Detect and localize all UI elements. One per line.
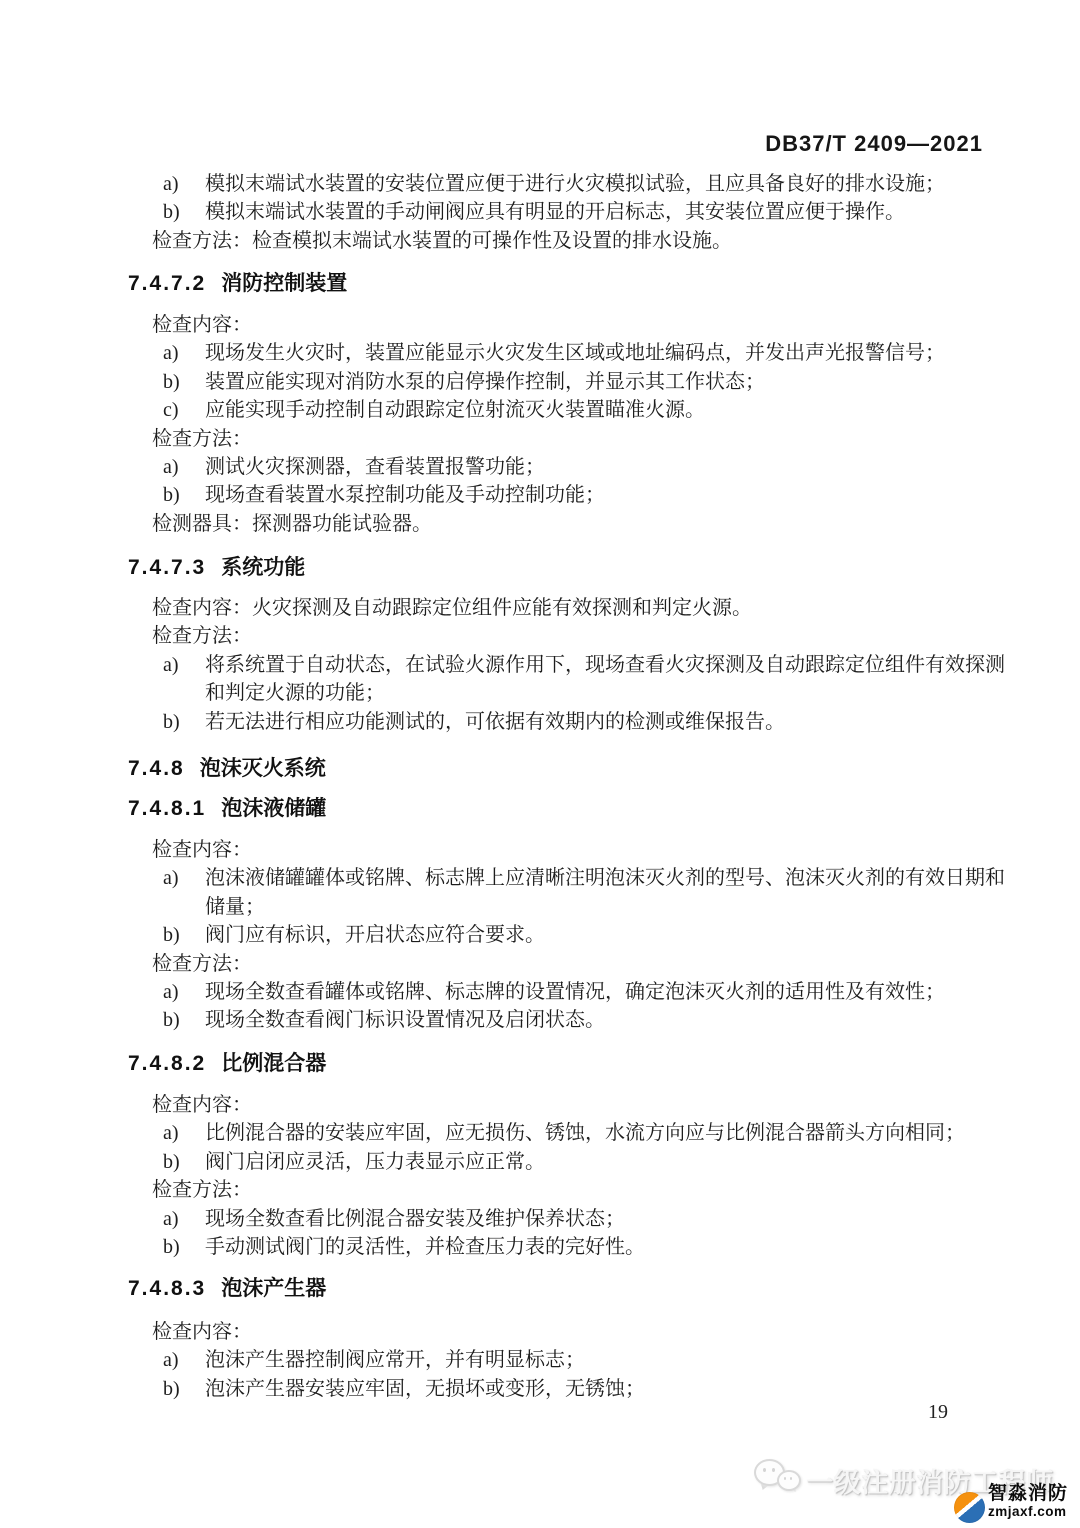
list-text: 阀门启闭应灵活，压力表显示应正常。	[205, 1151, 545, 1173]
section-title: 泡沫液储罐	[221, 797, 326, 820]
list-label: a)	[163, 453, 179, 481]
section-number: 7.4.7.3	[128, 556, 206, 579]
list-text: 模拟末端试水装置的安装位置应便于进行火灾模拟试验，且应具备良好的排水设施；	[205, 173, 945, 195]
section-heading: 7.4.8.1泡沫液储罐	[128, 794, 326, 824]
section-body: 检查内容： a) 泡沫产生器控制阀应常开，并有明显标志； b) 泡沫产生器安装应…	[0, 1318, 1080, 1403]
section-heading: 7.4.7.2消防控制装置	[128, 269, 347, 299]
method-label: 检查方法：	[0, 1176, 1080, 1204]
list-item: b) 现场查看装置水泵控制功能及手动控制功能；	[0, 481, 1080, 509]
wechat-icon	[754, 1459, 802, 1499]
list-label: b)	[163, 368, 180, 396]
list-item: a) 现场全数查看比例混合器安装及维护保养状态；	[0, 1205, 1080, 1233]
section-title: 泡沫灭火系统	[200, 757, 326, 780]
section-number: 7.4.8.3	[128, 1277, 206, 1300]
list-item: b) 手动测试阀门的灵活性，并检查压力表的完好性。	[0, 1233, 1080, 1261]
doc-code: DB37/T 2409—2021	[765, 131, 983, 157]
list-text: 应能实现手动控制自动跟踪定位射流灭火装置瞄准火源。	[205, 399, 705, 421]
list-text: 现场全数查看比例混合器安装及维护保养状态；	[205, 1208, 625, 1230]
section-title: 消防控制装置	[221, 272, 347, 295]
content-label: 检查内容：	[0, 1091, 1080, 1119]
list-label: a)	[163, 651, 179, 679]
section-number: 7.4.7.2	[128, 272, 206, 295]
list-text: 手动测试阀门的灵活性，并检查压力表的完好性。	[205, 1236, 645, 1258]
document-page: DB37/T 2409—2021 a) 模拟末端试水装置的安装位置应便于进行火灾…	[0, 0, 1080, 1528]
section-title: 比例混合器	[221, 1052, 326, 1075]
list-item: b) 阀门启闭应灵活，压力表显示应正常。	[0, 1148, 1080, 1176]
list-label: a)	[163, 1346, 179, 1374]
list-text-line1: 将系统置于自动状态，在试验火源作用下，现场查看火灾探测及自动跟踪定位组件有效探测	[205, 651, 985, 679]
section-heading: 7.4.8.2比例混合器	[128, 1049, 326, 1079]
list-label: b)	[163, 1233, 180, 1261]
list-label: a)	[163, 1205, 179, 1233]
list-label: b)	[163, 198, 180, 226]
content-label: 检查内容：	[0, 311, 1080, 339]
method-label: 检查方法：	[0, 425, 1080, 453]
tool-line: 检测器具：探测器功能试验器。	[0, 510, 1080, 538]
list-text: 模拟末端试水装置的手动闸阀应具有明显的开启标志，其安装位置应便于操作。	[205, 201, 905, 223]
list-item: a) 泡沫液储罐罐体或铭牌、标志牌上应清晰注明泡沫灭火剂的型号、泡沫灭火剂的有效…	[0, 864, 1080, 921]
content-label: 检查内容：	[0, 836, 1080, 864]
list-text: 测试火灾探测器，查看装置报警功能；	[205, 456, 545, 478]
method-line: 检查方法：检查模拟末端试水装置的可操作性及设置的排水设施。	[0, 227, 1080, 255]
intro-block: a) 模拟末端试水装置的安装位置应便于进行火灾模拟试验，且应具备良好的排水设施；…	[0, 170, 1080, 255]
list-item: a) 现场全数查看罐体或铭牌、标志牌的设置情况，确定泡沫灭火剂的适用性及有效性；	[0, 978, 1080, 1006]
list-text: 装置应能实现对消防水泵的启停操作控制，并显示其工作状态；	[205, 371, 765, 393]
list-text: 现场查看装置水泵控制功能及手动控制功能；	[205, 484, 605, 506]
list-text: 现场发生火灾时，装置应能显示火灾发生区域或地址编码点，并发出声光报警信号；	[205, 342, 945, 364]
list-item: a) 现场发生火灾时，装置应能显示火灾发生区域或地址编码点，并发出声光报警信号；	[0, 339, 1080, 367]
section-body: 检查内容： a) 现场发生火灾时，装置应能显示火灾发生区域或地址编码点，并发出声…	[0, 311, 1080, 538]
list-label: a)	[163, 170, 179, 198]
list-label: b)	[163, 921, 180, 949]
list-item: a) 测试火灾探测器，查看装置报警功能；	[0, 453, 1080, 481]
brand-name: 智淼消防	[988, 1484, 1068, 1504]
method-label: 检查方法：	[0, 950, 1080, 978]
section-heading: 7.4.8.3泡沫产生器	[128, 1274, 326, 1304]
list-label: a)	[163, 1119, 179, 1147]
list-text-line1: 泡沫液储罐罐体或铭牌、标志牌上应清晰注明泡沫灭火剂的型号、泡沫灭火剂的有效日期和	[205, 864, 985, 892]
page-number: 19	[928, 1401, 948, 1424]
list-text: 比例混合器的安装应牢固，应无损伤、锈蚀，水流方向应与比例混合器箭头方向相同；	[205, 1122, 965, 1144]
list-label: b)	[163, 1148, 180, 1176]
list-label: b)	[163, 1006, 180, 1034]
list-text: 现场全数查看阀门标识设置情况及启闭状态。	[205, 1009, 605, 1031]
list-item: c) 应能实现手动控制自动跟踪定位射流灭火装置瞄准火源。	[0, 396, 1080, 424]
list-label: a)	[163, 978, 179, 1006]
list-text-line2: 储量；	[205, 893, 1080, 921]
brand-domain: zmjaxf.com	[988, 1504, 1068, 1519]
section-title: 系统功能	[221, 556, 305, 579]
list-label: c)	[163, 396, 179, 424]
section-number: 7.4.8.2	[128, 1052, 206, 1075]
list-item: a) 模拟末端试水装置的安装位置应便于进行火灾模拟试验，且应具备良好的排水设施；	[0, 170, 1080, 198]
list-label: b)	[163, 1375, 180, 1403]
section-body: 检查内容： a) 比例混合器的安装应牢固，应无损伤、锈蚀，水流方向应与比例混合器…	[0, 1091, 1080, 1261]
list-text: 若无法进行相应功能测试的，可依据有效期内的检测或维保报告。	[205, 711, 785, 733]
list-text: 泡沫产生器控制阀应常开，并有明显标志；	[205, 1349, 585, 1371]
list-item: b) 现场全数查看阀门标识设置情况及启闭状态。	[0, 1006, 1080, 1034]
list-text: 阀门应有标识，开启状态应符合要求。	[205, 924, 545, 946]
method-label: 检查方法：	[0, 622, 1080, 650]
list-item: b) 阀门应有标识，开启状态应符合要求。	[0, 921, 1080, 949]
list-label: a)	[163, 864, 179, 892]
list-item: b) 模拟末端试水装置的手动闸阀应具有明显的开启标志，其安装位置应便于操作。	[0, 198, 1080, 226]
section-number: 7.4.8.1	[128, 797, 206, 820]
content-line: 检查内容：火灾探测及自动跟踪定位组件应能有效探测和判定火源。	[0, 594, 1080, 622]
brand-logo: 智淼消防 zmjaxf.com	[954, 1484, 1068, 1523]
section-title: 泡沫产生器	[221, 1277, 326, 1300]
list-item: b) 泡沫产生器安装应牢固，无损坏或变形，无锈蚀；	[0, 1375, 1080, 1403]
list-label: b)	[163, 708, 180, 736]
section-heading: 7.4.7.3系统功能	[128, 553, 305, 583]
list-item: b) 若无法进行相应功能测试的，可依据有效期内的检测或维保报告。	[0, 708, 1080, 736]
section-number: 7.4.8	[128, 757, 185, 780]
list-item: a) 将系统置于自动状态，在试验火源作用下，现场查看火灾探测及自动跟踪定位组件有…	[0, 651, 1080, 708]
list-text-line2: 和判定火源的功能；	[205, 679, 1080, 707]
brand-text: 智淼消防 zmjaxf.com	[988, 1484, 1068, 1519]
content-label: 检查内容：	[0, 1318, 1080, 1346]
section-body: 检查内容：火灾探测及自动跟踪定位组件应能有效探测和判定火源。 检查方法： a) …	[0, 594, 1080, 736]
list-text: 泡沫产生器安装应牢固，无损坏或变形，无锈蚀；	[205, 1378, 645, 1400]
list-label: b)	[163, 481, 180, 509]
list-label: a)	[163, 339, 179, 367]
zhimiao-logo-icon	[954, 1492, 985, 1523]
list-item: a) 比例混合器的安装应牢固，应无损伤、锈蚀，水流方向应与比例混合器箭头方向相同…	[0, 1119, 1080, 1147]
chat-bubble-small	[777, 1470, 801, 1491]
section-body: 检查内容： a) 泡沫液储罐罐体或铭牌、标志牌上应清晰注明泡沫灭火剂的型号、泡沫…	[0, 836, 1080, 1035]
section-heading: 7.4.8泡沫灭火系统	[128, 754, 326, 784]
list-text: 现场全数查看罐体或铭牌、标志牌的设置情况，确定泡沫灭火剂的适用性及有效性；	[205, 981, 945, 1003]
list-item: a) 泡沫产生器控制阀应常开，并有明显标志；	[0, 1346, 1080, 1374]
list-item: b) 装置应能实现对消防水泵的启停操作控制，并显示其工作状态；	[0, 368, 1080, 396]
